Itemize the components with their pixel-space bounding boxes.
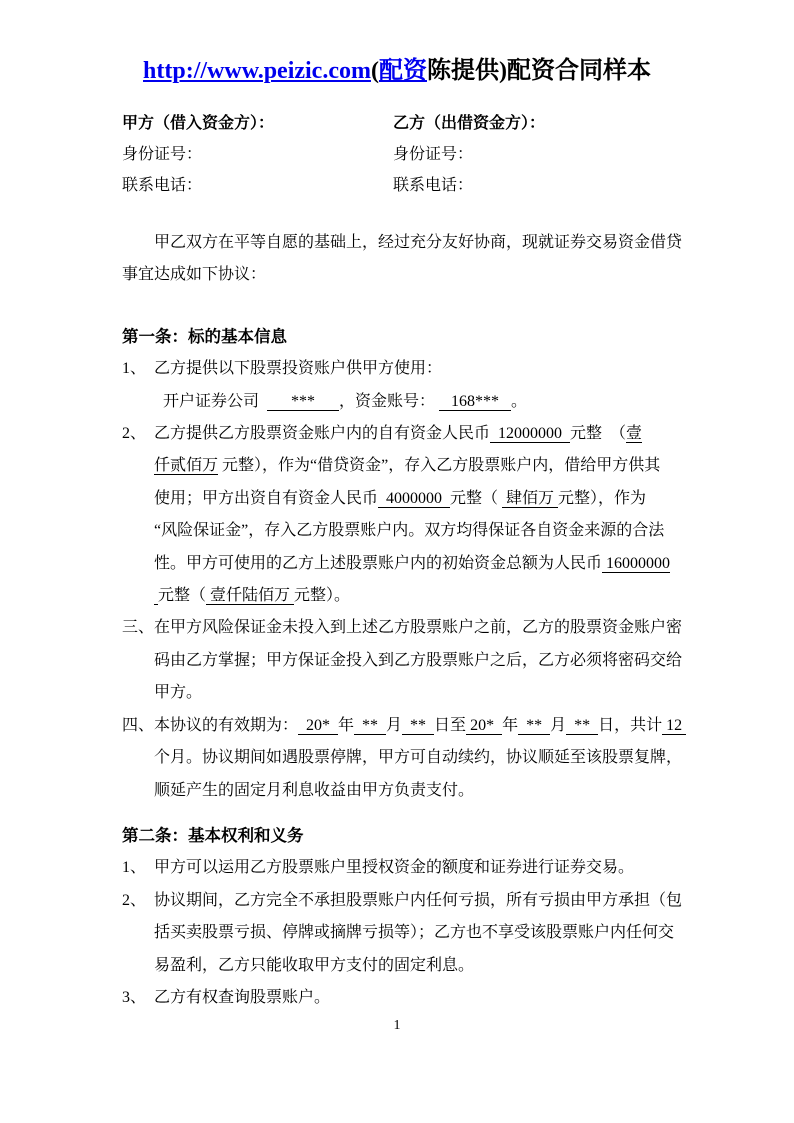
preamble-line: 事宜达成如下协议： [122, 259, 672, 291]
preamble: 甲乙双方在平等自愿的基础上，经过充分友好协商，现就证券交易资金借贷事宜达成如下协… [122, 227, 672, 292]
text-run: 乙方提供以下股票投资账户供甲方使用： [154, 360, 442, 377]
party-b-role: 乙方（出借资金方）： [393, 108, 672, 139]
parties-block: 甲方（借入资金方）： 身份证号： 联系电话： 乙方（出借资金方）： 身份证号： … [122, 108, 672, 201]
text-run: 码由乙方掌握；甲方保证金投入到乙方股票账户之后，乙方必须将密码交给 [154, 652, 682, 669]
contract-item: 四、本协议的有效期为： 20* 年 ** 月 ** 日至 20* 年 ** 月 … [122, 710, 672, 807]
section-heading: 第一条：标的基本信息 [122, 321, 672, 353]
blank-underline-value: 4000000 [378, 490, 450, 508]
text-run: 括买卖股票亏损、停牌或摘牌亏损等）；乙方也不享受该股票账户内任何交 [154, 924, 674, 941]
item-marker: 三、 [122, 612, 154, 644]
text-run: 。 [511, 393, 527, 410]
title-text: ( [371, 58, 379, 84]
text-run: 乙方有权查询股票账户。 [154, 989, 330, 1006]
blank-underline-value: ** [354, 717, 386, 735]
item-marker: 1、 [122, 852, 146, 884]
contract-item: 2、协议期间，乙方完全不承担股票账户内任何亏损，所有亏损由甲方承担（包括买卖股票… [122, 885, 672, 982]
party-b-phone-label: 联系电话： [393, 170, 672, 201]
item-marker: 3、 [122, 982, 146, 1014]
blank-underline-value: 20* [466, 717, 502, 735]
contract-line: 性。甲方可使用的乙方上述股票账户内的初始资金总额为人民币 16000000 [154, 548, 672, 580]
contract-line: 乙方提供乙方股票资金账户内的自有资金人民币 12000000 元整 （壹 [154, 418, 672, 450]
contract-line: 使用；甲方出资自有资金人民币 4000000 元整（ 肆佰万 元整），作为 [154, 483, 672, 515]
contract-line: 乙方有权查询股票账户。 [154, 982, 672, 1014]
text-run: 年 [502, 717, 518, 734]
contract-line: 元整（ 壹仟陆佰万 元整）。 [154, 580, 672, 612]
party-b-id-label: 身份证号： [393, 139, 672, 170]
contract-line: 甲方可以运用乙方股票账户里授权资金的额度和证券进行证券交易。 [154, 852, 672, 884]
text-run: 顺延产生的固定月利息收益由甲方负责支付。 [154, 782, 474, 799]
text-run: 在甲方风险保证金未投入到上述乙方股票账户之前，乙方的股票资金账户密 [154, 619, 682, 636]
contract-line: 乙方提供以下股票投资账户供甲方使用： [154, 353, 672, 385]
blank-underline-value: 16000000 [602, 555, 670, 573]
contract-line: 易盈利，乙方只能收取甲方支付的固定利息。 [154, 950, 672, 982]
text-run: 个月。协议期间如遇股票停牌，甲方可自动续约，协议顺延至该股票复牌， [154, 749, 682, 766]
contract-line: 本协议的有效期为： 20* 年 ** 月 ** 日至 20* 年 ** 月 **… [154, 710, 672, 742]
item-marker: 2、 [122, 885, 146, 917]
contract-item: 3、乙方有权查询股票账户。 [122, 982, 672, 1014]
text-run: 日，共计 [598, 717, 662, 734]
contract-item: 1、乙方提供以下股票投资账户供甲方使用：开户证券公司 *** ，资金账号： 16… [122, 353, 672, 418]
blank-underline-value: ** [518, 717, 550, 735]
party-a-phone-label: 联系电话： [122, 170, 393, 201]
contract-line: 仟贰佰万 元整），作为“借贷资金”，存入乙方股票账户内，借给甲方供其 [154, 450, 672, 482]
contract-line: 顺延产生的固定月利息收益由甲方负责支付。 [154, 775, 672, 807]
contract-item: 2、乙方提供乙方股票资金账户内的自有资金人民币 12000000 元整 （壹仟贰… [122, 418, 672, 612]
contract-line: 协议期间，乙方完全不承担股票账户内任何亏损，所有亏损由甲方承担（包 [154, 885, 672, 917]
blank-underline-value: 20* [298, 717, 338, 735]
contract-item: 1、甲方可以运用乙方股票账户里授权资金的额度和证券进行证券交易。 [122, 852, 672, 884]
title-url-link[interactable]: http://www.peizic.com [143, 58, 371, 84]
text-run: 甲方。 [154, 684, 202, 701]
contract-line: “风险保证金”，存入乙方股票账户内。双方均得保证各自资金来源的合法 [154, 515, 672, 547]
section-heading: 第二条：基本权利和义务 [122, 820, 672, 852]
blank-underline-value: ** [566, 717, 598, 735]
text-run: 开户证券公司 [163, 393, 267, 410]
page-title: http://www.peizic.com(配资陈提供)配资合同样本 [122, 52, 672, 90]
text-run: 元整），作为 [558, 490, 646, 507]
text-run: “风险保证金”，存入乙方股票账户内。双方均得保证各自资金来源的合法 [154, 522, 664, 539]
text-run: 甲方可以运用乙方股票账户里授权资金的额度和证券进行证券交易。 [154, 859, 634, 876]
text-run: 乙方提供乙方股票资金账户内的自有资金人民币 [154, 425, 490, 442]
contract-section: 第一条：标的基本信息1、乙方提供以下股票投资账户供甲方使用：开户证券公司 ***… [122, 321, 672, 807]
text-run: ，资金账号： [339, 393, 439, 410]
preamble-line: 甲乙双方在平等自愿的基础上，经过充分友好协商，现就证券交易资金借贷 [122, 227, 672, 259]
text-run: 元整）。 [294, 587, 350, 604]
page-number: 1 [0, 1016, 794, 1036]
party-a-id-label: 身份证号： [122, 139, 393, 170]
text-run: 协议期间，乙方完全不承担股票账户内任何亏损，所有亏损由甲方承担（包 [154, 892, 682, 909]
text-run: 使用；甲方出资自有资金人民币 [154, 490, 378, 507]
contract-line: 开户证券公司 *** ，资金账号： 168*** 。 [154, 386, 672, 418]
text-run: 元整（ [450, 490, 502, 507]
contract-section: 第二条：基本权利和义务1、甲方可以运用乙方股票账户里授权资金的额度和证券进行证券… [122, 820, 672, 1014]
blank-underline-value: 肆佰万 [502, 490, 558, 508]
document-page: http://www.peizic.com(配资陈提供)配资合同样本 甲方（借入… [0, 0, 794, 1123]
blank-underline-value: 壹 [626, 425, 642, 443]
text-run: （ [602, 425, 626, 442]
blank-underline-value: 12 [662, 717, 686, 735]
text-run: 元整 [570, 425, 602, 442]
contract-line: 码由乙方掌握；甲方保证金投入到乙方股票账户之后，乙方必须将密码交给 [154, 645, 672, 677]
text-run: 月 [550, 717, 566, 734]
party-a-block: 甲方（借入资金方）： 身份证号： 联系电话： [122, 108, 393, 201]
blank-underline-value: *** [267, 393, 339, 411]
item-marker: 1、 [122, 353, 146, 385]
text-run: 元整），作为“借贷资金”，存入乙方股票账户内，借给甲方供其 [218, 457, 660, 474]
contract-line: 个月。协议期间如遇股票停牌，甲方可自动续约，协议顺延至该股票复牌， [154, 742, 672, 774]
party-b-block: 乙方（出借资金方）： 身份证号： 联系电话： [393, 108, 672, 201]
item-marker: 2、 [122, 418, 146, 450]
blank-underline-value: 仟贰佰万 [154, 457, 218, 475]
party-a-role: 甲方（借入资金方）： [122, 108, 393, 139]
text-run: 本协议的有效期为： [154, 717, 298, 734]
contract-line: 在甲方风险保证金未投入到上述乙方股票账户之前，乙方的股票资金账户密 [154, 612, 672, 644]
title-peizi-link[interactable]: 配资 [379, 58, 427, 84]
text-run: 易盈利，乙方只能收取甲方支付的固定利息。 [154, 957, 474, 974]
blank-underline-value: 168*** [439, 393, 511, 411]
contract-item: 三、在甲方风险保证金未投入到上述乙方股票账户之前，乙方的股票资金账户密码由乙方掌… [122, 612, 672, 709]
title-text: 陈提供)配资合同样本 [427, 58, 651, 84]
contract-sections: 第一条：标的基本信息1、乙方提供以下股票投资账户供甲方使用：开户证券公司 ***… [122, 321, 672, 1015]
contract-line: 括买卖股票亏损、停牌或摘牌亏损等）；乙方也不享受该股票账户内任何交 [154, 917, 672, 949]
blank-underline-value: ** [402, 717, 434, 735]
text-run: 性。甲方可使用的乙方上述股票账户内的初始资金总额为人民币 [154, 555, 602, 572]
blank-underline-value: 12000000 [490, 425, 570, 443]
text-run: 年 [338, 717, 354, 734]
text-run: 月 [386, 717, 402, 734]
text-run: 元整（ [158, 587, 206, 604]
blank-underline-value: 壹仟陆佰万 [206, 587, 294, 605]
text-run: 日至 [434, 717, 466, 734]
item-marker: 四、 [122, 710, 154, 742]
contract-line: 甲方。 [154, 677, 672, 709]
